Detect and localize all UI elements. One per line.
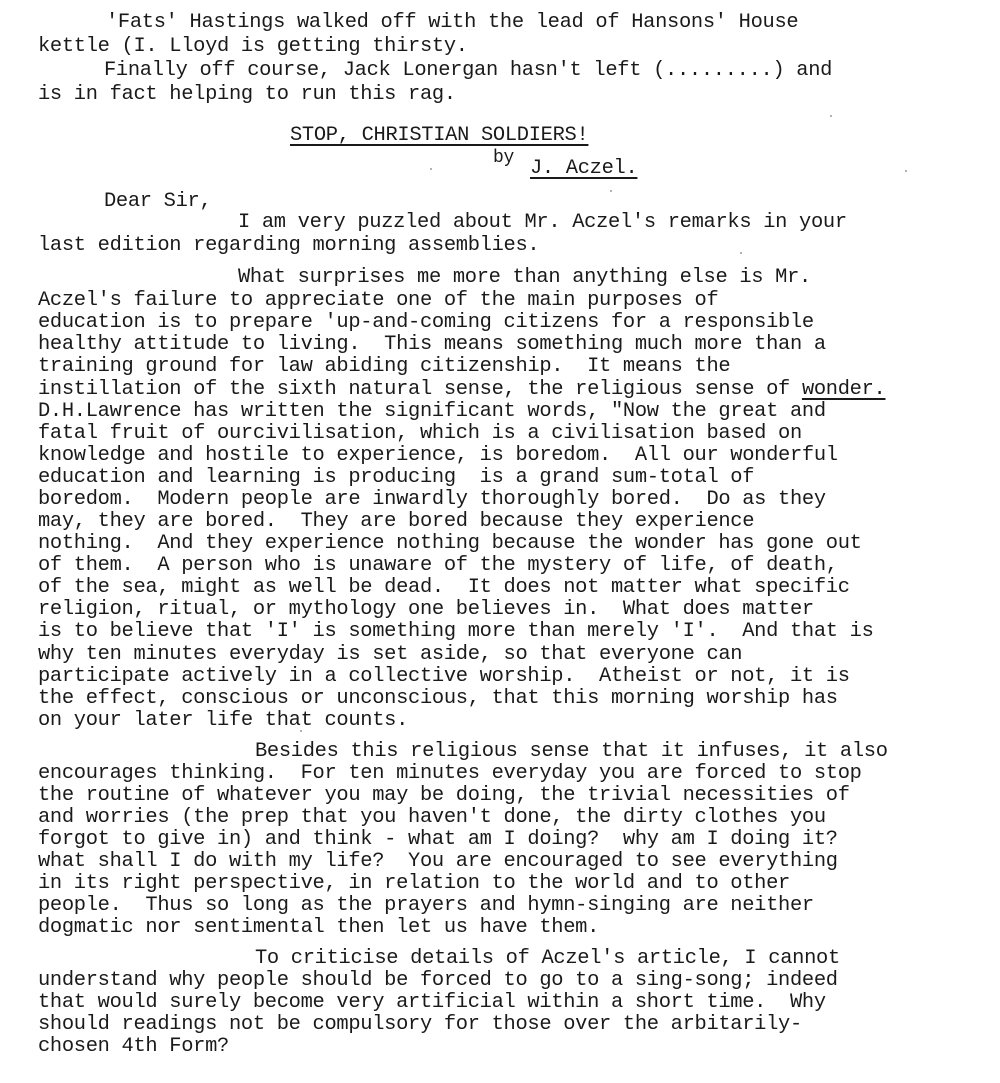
para2-line-3: education is to prepare 'up-and-coming c… [38, 311, 814, 335]
para3-line-6: what shall I do with my life? You are en… [38, 850, 838, 874]
para2-line-6: instillation of the sixth natural sense,… [38, 378, 886, 402]
para2-line-13: nothing. And they experience nothing bec… [38, 532, 862, 556]
para3-line-2: encourages thinking. For ten minutes eve… [38, 762, 862, 786]
para4-line-3: that would surely become very artificial… [38, 991, 826, 1015]
scan-speck [430, 168, 432, 170]
para4-line-5: chosen 4th Form? [38, 1035, 229, 1059]
para2-line-10: education and learning is producing is a… [38, 466, 754, 490]
scan-speck [740, 252, 742, 254]
para3-line-1: Besides this religious sense that it inf… [255, 740, 888, 764]
para2-line-14: of them. A person who is unaware of the … [38, 554, 838, 578]
para2-line-4: healthy attitude to living. This means s… [38, 333, 826, 357]
para3-line-7: in its right perspective, in relation to… [38, 872, 790, 896]
para2-line-21: on your later life that counts. [38, 709, 408, 733]
para4-line-1: To criticise details of Aczel's article,… [255, 947, 840, 971]
para3-line-8: people. Thus so long as the prayers and … [38, 894, 814, 918]
para2-line-9: knowledge and hostile to experience, is … [38, 444, 838, 468]
para2-line-6-text: instillation of the sixth natural sense,… [38, 378, 802, 401]
para2-line-12: may, they are bored. They are bored beca… [38, 510, 754, 534]
para2-line-5: training ground for law abiding citizens… [38, 355, 730, 379]
para2-line-1: What surprises me more than anything els… [238, 266, 811, 290]
intro-line-3: Finally off course, Jack Lonergan hasn't… [104, 59, 832, 83]
para1-line-2: last edition regarding morning assemblie… [38, 234, 539, 258]
salutation: Dear Sir, [104, 190, 211, 214]
para2-line-2: Aczel's failure to appreciate one of the… [38, 289, 718, 313]
intro-line-2: kettle (I. Lloyd is getting thirsty. [38, 35, 468, 59]
para3-line-5: forgot to give in) and think - what am I… [38, 828, 838, 852]
scan-speck [830, 115, 832, 117]
scan-speck [905, 170, 907, 172]
para4-line-2: understand why people should be forced t… [38, 969, 838, 993]
para2-line-17: is to believe that 'I' is something more… [38, 620, 874, 644]
para3-line-9: dogmatic nor sentimental then let us hav… [38, 916, 599, 940]
para2-line-19: participate actively in a collective wor… [38, 665, 850, 689]
para2-line-16: religion, ritual, or mythology one belie… [38, 598, 814, 622]
para2-line-20: the effect, conscious or unconscious, th… [38, 687, 838, 711]
typewritten-page: 'Fats' Hastings walked off with the lead… [0, 0, 1000, 1083]
para2-line-7: D.H.Lawrence has written the significant… [38, 400, 826, 424]
scan-speck [300, 730, 302, 732]
intro-line-1: 'Fats' Hastings walked off with the lead… [106, 11, 798, 35]
para4-line-4: should readings not be compulsory for th… [38, 1013, 802, 1037]
para2-line-8: fatal fruit of ourcivilisation, which is… [38, 422, 802, 446]
article-title: STOP, CHRISTIAN SOLDIERS! [290, 124, 588, 148]
para1-line-1: I am very puzzled about Mr. Aczel's rema… [238, 211, 847, 235]
byline-prefix: by [493, 146, 514, 170]
intro-line-4: is in fact helping to run this rag. [38, 83, 456, 107]
para2-line-11: boredom. Modern people are inwardly thor… [38, 488, 826, 512]
scan-speck [560, 135, 562, 137]
para2-line-15: of the sea, might as well be dead. It do… [38, 576, 850, 600]
scan-speck [610, 190, 612, 192]
author-name: J. Aczel. [530, 157, 637, 181]
para2-line-18: why ten minutes everyday is set aside, s… [38, 643, 742, 667]
para3-line-4: and worries (the prep that you haven't d… [38, 806, 826, 830]
underlined-word-wonder: wonder. [802, 378, 886, 401]
para3-line-3: the routine of whatever you may be doing… [38, 784, 850, 808]
